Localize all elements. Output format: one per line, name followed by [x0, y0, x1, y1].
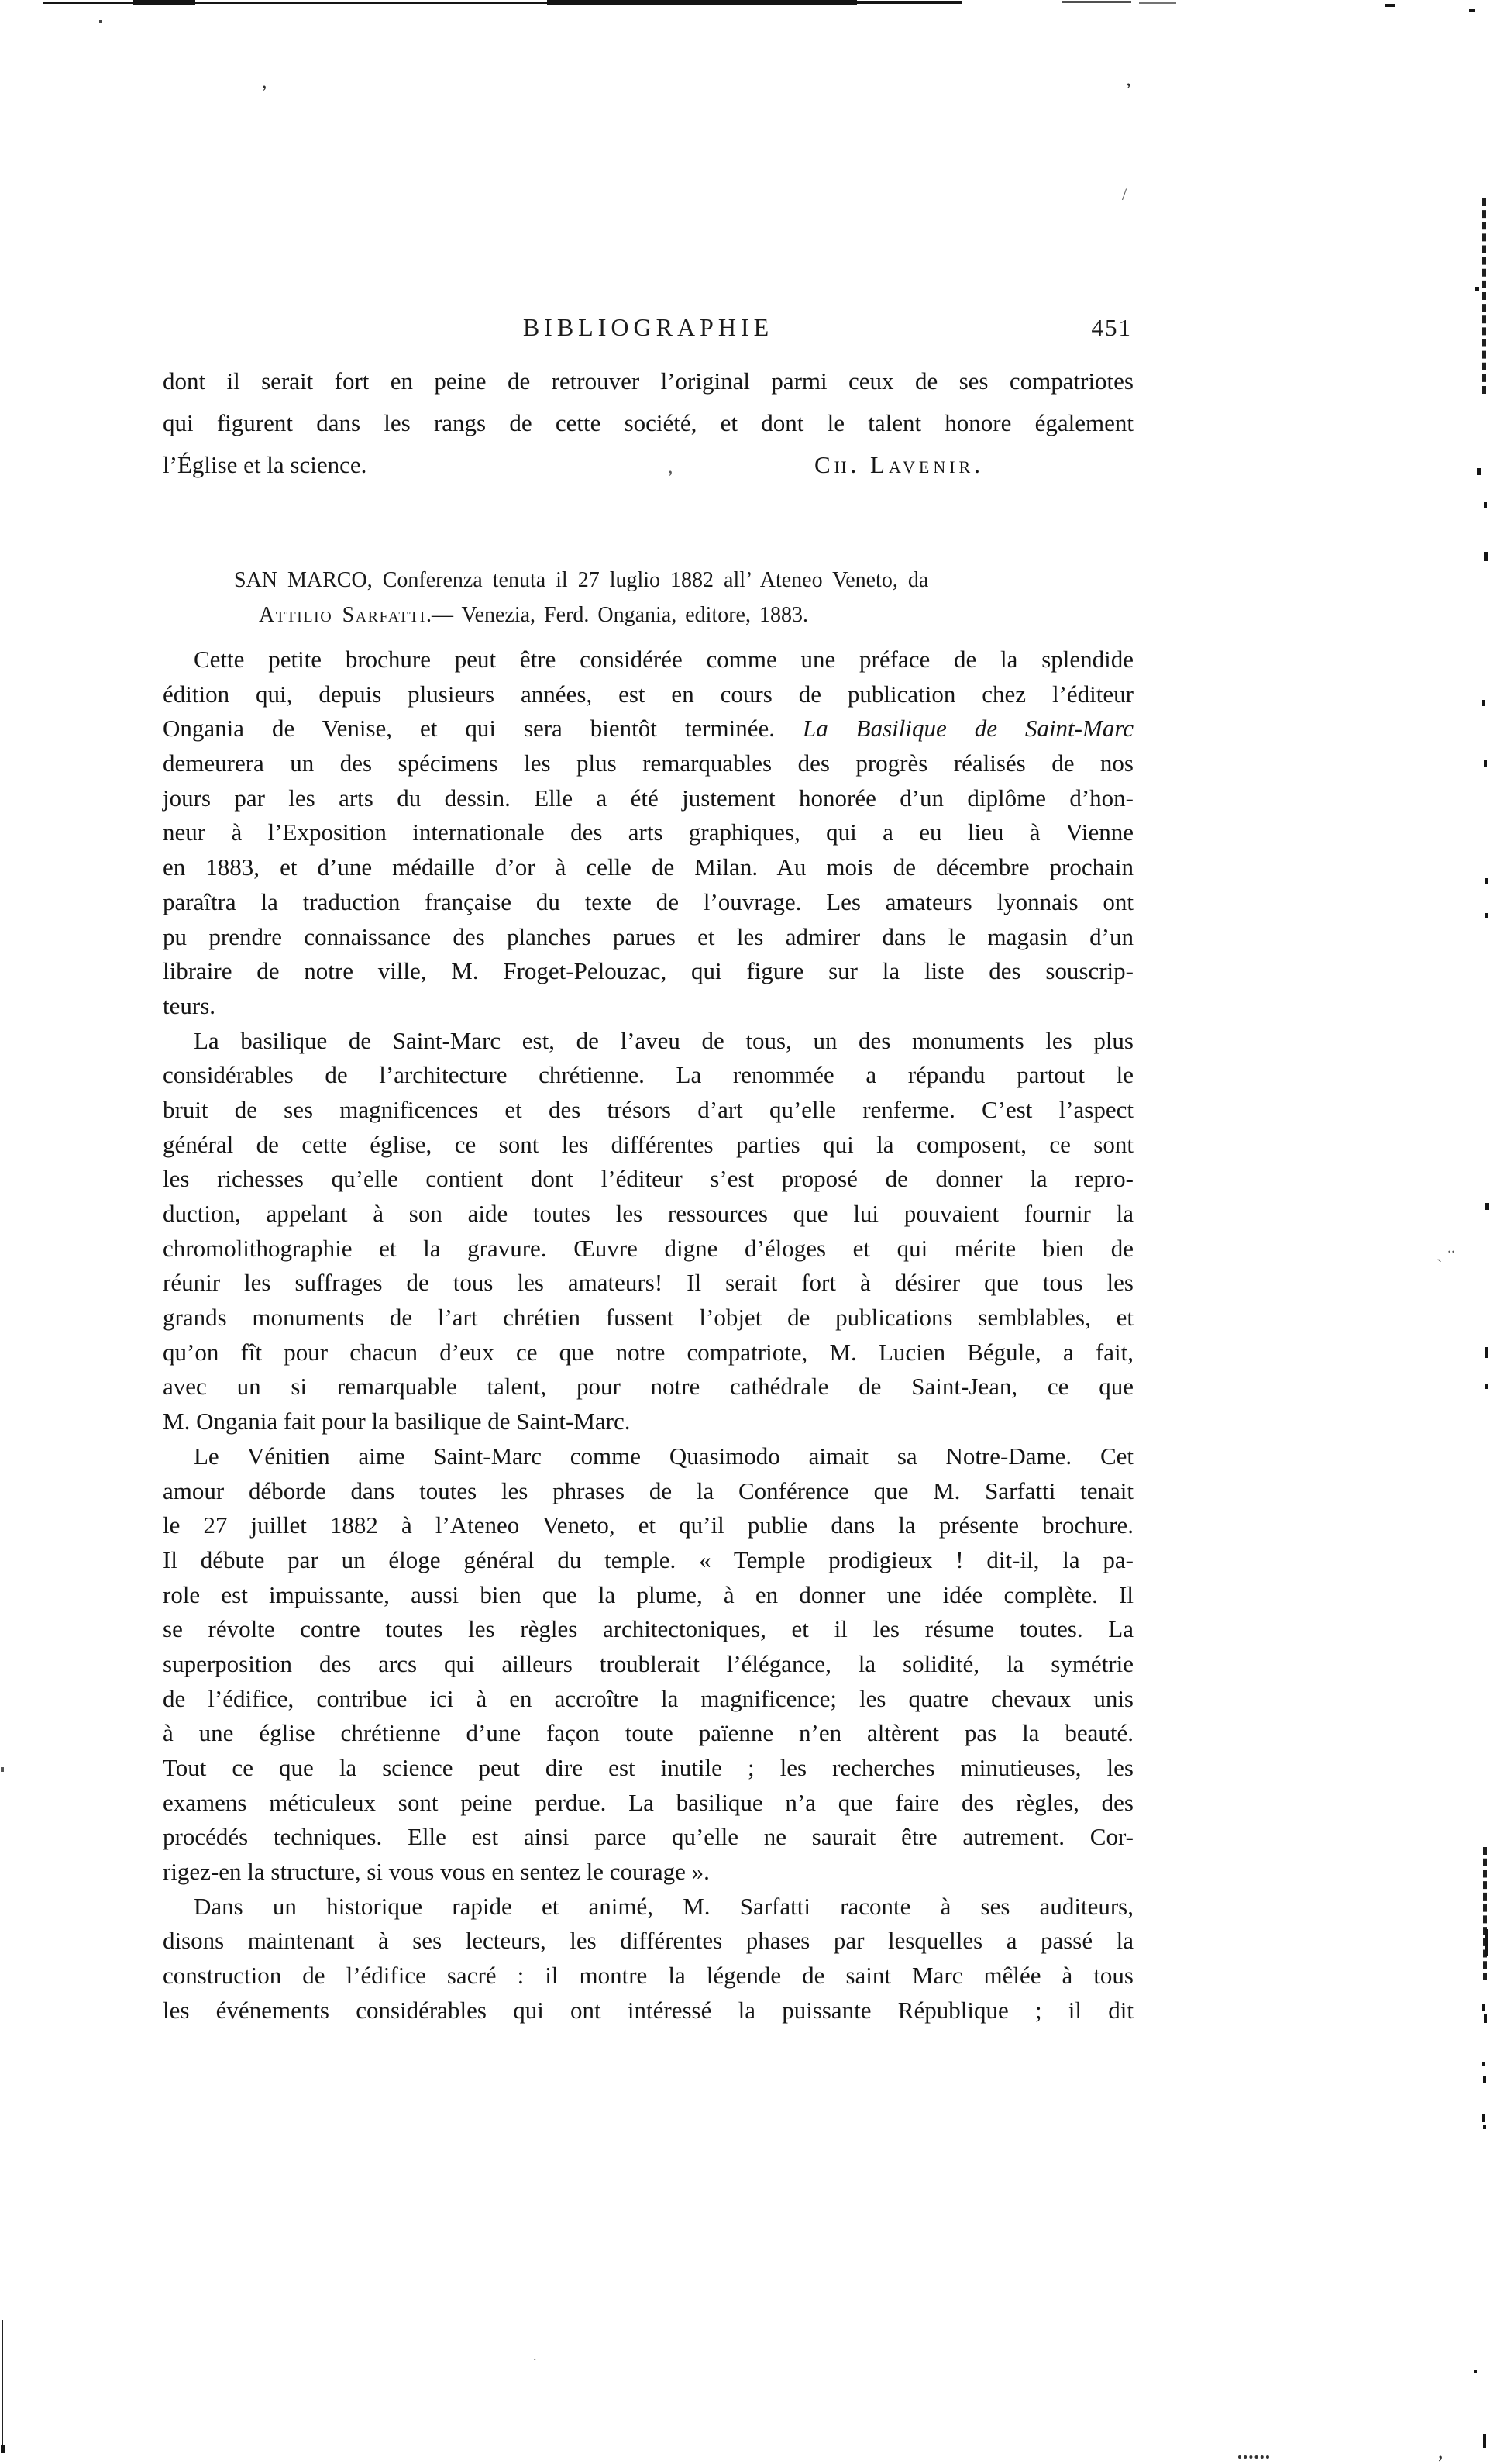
- text-line: libraire de notre ville, M. Froget-Pelou…: [163, 954, 1134, 989]
- body-paragraph: La basilique de Saint-Marc est, de l’ave…: [163, 1024, 1134, 1439]
- scan-artifact-mark: ,: [668, 457, 673, 477]
- text-segment: à une église chrétienne d’une façon tout…: [163, 1719, 1134, 1746]
- scan-artifact-right-edge: [1485, 913, 1488, 918]
- text-line: grands monuments de l’art chrétien fusse…: [163, 1301, 1134, 1335]
- text-line: qu’on fît pour chacun d’eux ce que notre…: [163, 1335, 1134, 1370]
- text-segment: superposition des arcs qui ailleurs trou…: [163, 1650, 1134, 1677]
- scan-artifact-top-edge: [43, 2, 547, 4]
- text-segment: pu prendre connaissance des planches par…: [163, 923, 1134, 950]
- scan-artifact-speck: [1469, 9, 1475, 12]
- scan-artifact-mark: ..: [1447, 1240, 1455, 1256]
- text-segment: les richesses qu’elle contient dont l’éd…: [163, 1165, 1134, 1192]
- scan-artifact-right-edge: [1483, 2125, 1486, 2129]
- scan-artifact-right-edge: [1482, 2004, 1485, 2011]
- text-line: procédés techniques. Elle est ainsi parc…: [163, 1820, 1134, 1855]
- scan-artifact-top-edge: [1062, 1, 1131, 3]
- text-segment: construction de l’édifice sacré : il mon…: [163, 1962, 1134, 1989]
- citation-line-2: Attilio Sarfatti.— Venezia, Ferd. Ongani…: [163, 598, 1134, 632]
- scan-artifact-mark: ,: [262, 71, 267, 91]
- text-segment: grands monuments de l’art chrétien fusse…: [163, 1304, 1134, 1331]
- scan-artifact-right-edge: [1485, 1203, 1489, 1210]
- text-segment: .— Venezia, Ferd. Ongania, editore, 1883…: [426, 603, 808, 627]
- scan-artifact-right-edge: [1485, 1384, 1488, 1389]
- text-line: teurs.: [163, 989, 1134, 1024]
- text-line: Il débute par un éloge général du temple…: [163, 1543, 1134, 1578]
- text-segment: le 27 juillet 1882 à l’Ateneo Veneto, et…: [163, 1511, 1134, 1539]
- text-segment: qui figurent dans les rangs de cette soc…: [163, 409, 1134, 436]
- text-segment: role est impuissante, aussi bien que la …: [163, 1581, 1134, 1608]
- text-segment: les événements considérables qui ont int…: [163, 1997, 1134, 2024]
- scan-artifact-mark: /: [1122, 186, 1127, 203]
- text-segment: amour déborde dans toutes les phrases de…: [163, 1477, 1134, 1504]
- text-line: les richesses qu’elle contient dont l’éd…: [163, 1162, 1134, 1197]
- text-segment: jours par les arts du dessin. Elle a été…: [163, 784, 1134, 812]
- text-segment: Cette petite brochure peut être considér…: [194, 646, 1134, 673]
- text-segment: se révolte contre toutes les règles arch…: [163, 1615, 1134, 1642]
- text-line: construction de l’édifice sacré : il mon…: [163, 1959, 1134, 1994]
- scan-artifact-right-edge: [1484, 760, 1487, 767]
- text-segment: Le Vénitien aime Saint-Marc comme Quasim…: [194, 1442, 1134, 1470]
- text-segment: en 1883, et d’une médaille d’or à celle …: [163, 853, 1134, 880]
- scan-artifact-dots: [1238, 2455, 1269, 2459]
- text-line: se révolte contre toutes les règles arch…: [163, 1612, 1134, 1647]
- scan-artifact-right-edge: [1483, 2076, 1486, 2083]
- text-segment: dont il serait fort en peine de retrouve…: [163, 367, 1134, 395]
- scan-artifact-speck: [1474, 2370, 1477, 2373]
- scanned-page: , ’ / .. ` . , BIBLIOGRAPHIE 451 dont il…: [0, 0, 1490, 2464]
- text-line: chromolithographie et la gravure. Œuvre …: [163, 1232, 1134, 1266]
- text-segment: Ongania de Venise, et qui sera bientôt t…: [163, 715, 803, 742]
- text-segment: paraîtra la traduction française du text…: [163, 888, 1134, 915]
- text-line: Dans un historique rapide et animé, M. S…: [163, 1890, 1134, 1925]
- scan-artifact-right-edge: [1485, 1347, 1488, 1358]
- scan-artifact-left-line: [2, 2320, 3, 2453]
- citation-line-1: SAN MARCO, Conferenza tenuta il 27 lugli…: [163, 563, 1134, 598]
- scan-artifact-speck: [1, 1767, 4, 1772]
- body-paragraph: Cette petite brochure peut être considér…: [163, 643, 1134, 1024]
- scan-artifact-mark: ’: [1125, 81, 1132, 101]
- text-segment: rigez-en la structure, si vous vous en s…: [163, 1858, 710, 1885]
- text-line: qui figurent dans les rangs de cette soc…: [163, 402, 1134, 444]
- text-segment: Dans un historique rapide et animé, M. S…: [194, 1893, 1134, 1920]
- text-line: examens méticuleux sont peine perdue. La…: [163, 1786, 1134, 1821]
- intro-last-text: l’Église et la science.: [163, 451, 366, 478]
- text-segment: chromolithographie et la gravure. Œuvre …: [163, 1235, 1134, 1262]
- scan-artifact-mark: .: [533, 2349, 537, 2362]
- text-line: considérables de l’architecture chrétien…: [163, 1058, 1134, 1093]
- text-line: superposition des arcs qui ailleurs trou…: [163, 1647, 1134, 1682]
- text-segment: libraire de notre ville, M. Froget-Pelou…: [163, 957, 1134, 984]
- page-title: BIBLIOGRAPHIE: [163, 313, 1134, 342]
- citation-block: SAN MARCO, Conferenza tenuta il 27 lugli…: [163, 563, 1134, 632]
- text-segment: examens méticuleux sont peine perdue. La…: [163, 1789, 1134, 1816]
- text-line: Tout ce que la science peut dire est inu…: [163, 1751, 1134, 1786]
- text-line: La basilique de Saint-Marc est, de l’ave…: [163, 1024, 1134, 1059]
- text-segment: procédés techniques. Elle est ainsi parc…: [163, 1823, 1134, 1850]
- text-line: demeurera un des spécimens les plus rema…: [163, 746, 1134, 781]
- scan-artifact-right-edge: [1482, 198, 1486, 394]
- scan-artifact-speck: [1, 2445, 5, 2453]
- scan-artifact-mark: `: [1437, 1257, 1442, 1274]
- text-segment: teurs.: [163, 992, 215, 1019]
- text-line: neur à l’Exposition internationale des a…: [163, 815, 1134, 850]
- text-segment: Tout ce que la science peut dire est inu…: [163, 1754, 1134, 1781]
- text-line: duction, appelant à son aide toutes les …: [163, 1197, 1134, 1232]
- text-segment: demeurera un des spécimens les plus rema…: [163, 750, 1134, 777]
- scan-artifact-right-edge: [1483, 2434, 1486, 2448]
- scan-artifact-right-edge: [1483, 1847, 1487, 1980]
- text-line: l’Église et la science. , Ch. Lavenir.: [163, 444, 1134, 486]
- scan-artifact-right-edge: [1475, 287, 1479, 291]
- text-line: avec un si remarquable talent, pour notr…: [163, 1370, 1134, 1404]
- text-line: général de cette église, ce sont les dif…: [163, 1128, 1134, 1163]
- text-segment: qu’on fît pour chacun d’eux ce que notre…: [163, 1339, 1134, 1366]
- text-line: rigez-en la structure, si vous vous en s…: [163, 1855, 1134, 1890]
- text-line: disons maintenant à ses lecteurs, les di…: [163, 1924, 1134, 1959]
- text-segment: Attilio Sarfatti: [259, 603, 426, 627]
- text-line: Cette petite brochure peut être considér…: [163, 643, 1134, 677]
- page-number: 451: [1092, 314, 1133, 342]
- scan-artifact-top-edge: [547, 0, 857, 5]
- text-line: amour déborde dans toutes les phrases de…: [163, 1474, 1134, 1509]
- text-segment: La basilique de Saint-Marc est, de l’ave…: [194, 1027, 1134, 1054]
- scan-artifact-speck: [1385, 4, 1395, 7]
- text-line: Ongania de Venise, et qui sera bientôt t…: [163, 712, 1134, 746]
- text-segment: réunir les suffrages de tous les amateur…: [163, 1269, 1134, 1296]
- scan-artifact-right-edge: [1482, 700, 1485, 706]
- text-line: role est impuissante, aussi bien que la …: [163, 1578, 1134, 1613]
- text-line: paraîtra la traduction française du text…: [163, 885, 1134, 920]
- body-paragraph: Le Vénitien aime Saint-Marc comme Quasim…: [163, 1439, 1134, 1890]
- scan-artifact-top-edge: [133, 0, 195, 5]
- text-segment: général de cette église, ce sont les dif…: [163, 1131, 1134, 1158]
- body-text: Cette petite brochure peut être considér…: [163, 643, 1134, 2028]
- text-line: jours par les arts du dessin. Elle a été…: [163, 781, 1134, 816]
- text-line: à une église chrétienne d’une façon tout…: [163, 1716, 1134, 1751]
- text-line: bruit de ses magnificences et des trésor…: [163, 1093, 1134, 1128]
- text-line: dont il serait fort en peine de retrouve…: [163, 360, 1134, 402]
- scan-artifact-right-edge: [1484, 2014, 1487, 2023]
- text-line: réunir les suffrages de tous les amateur…: [163, 1266, 1134, 1301]
- scan-artifact-right-edge: [1485, 878, 1488, 884]
- text-line: édition qui, depuis plusieurs années, es…: [163, 677, 1134, 712]
- signature: Ch. Lavenir.: [814, 444, 984, 486]
- scan-artifact-right-edge: [1477, 468, 1481, 475]
- text-line: en 1883, et d’une médaille d’or à celle …: [163, 850, 1134, 885]
- scan-artifact-speck: [99, 20, 102, 23]
- scan-artifact-mark: ,: [1438, 2442, 1444, 2462]
- intro-lines: dont il serait fort en peine de retrouve…: [163, 360, 1134, 444]
- intro-paragraph: dont il serait fort en peine de retrouve…: [163, 360, 1134, 486]
- text-line: les événements considérables qui ont int…: [163, 1994, 1134, 2028]
- text-segment: neur à l’Exposition internationale des a…: [163, 818, 1134, 846]
- text-segment: Il débute par un éloge général du temple…: [163, 1546, 1134, 1573]
- scan-artifact-top-edge: [855, 1, 962, 4]
- text-line: pu prendre connaissance des planches par…: [163, 920, 1134, 955]
- text-segment: duction, appelant à son aide toutes les …: [163, 1200, 1134, 1227]
- text-line: de l’édifice, contribue ici à en accroît…: [163, 1682, 1134, 1717]
- scan-artifact-right-edge: [1484, 552, 1488, 561]
- text-segment: SAN MARCO, Conferenza tenuta il 27 lugli…: [234, 568, 928, 592]
- scan-artifact-right-edge: [1482, 2114, 1485, 2122]
- scan-artifact-right-edge: [1484, 502, 1487, 508]
- scan-artifact-right-edge: [1482, 2062, 1485, 2066]
- text-segment: La Basilique de Saint-Marc: [803, 715, 1134, 742]
- text-segment: M. Ongania fait pour la basilique de Sai…: [163, 1408, 630, 1435]
- text-segment: de l’édifice, contribue ici à en accroît…: [163, 1685, 1134, 1712]
- text-segment: édition qui, depuis plusieurs années, es…: [163, 681, 1134, 708]
- scan-artifact-top-edge: [1139, 2, 1176, 4]
- text-line: M. Ongania fait pour la basilique de Sai…: [163, 1404, 1134, 1439]
- text-segment: disons maintenant à ses lecteurs, les di…: [163, 1927, 1134, 1954]
- scan-artifact-right-edge: [1485, 1929, 1488, 1956]
- text-segment: avec un si remarquable talent, pour notr…: [163, 1373, 1134, 1400]
- text-line: Le Vénitien aime Saint-Marc comme Quasim…: [163, 1439, 1134, 1474]
- text-segment: bruit de ses magnificences et des trésor…: [163, 1096, 1134, 1123]
- text-line: le 27 juillet 1882 à l’Ateneo Veneto, et…: [163, 1508, 1134, 1543]
- page-header: BIBLIOGRAPHIE 451: [163, 313, 1134, 347]
- body-paragraph: Dans un historique rapide et animé, M. S…: [163, 1890, 1134, 2028]
- text-segment: considérables de l’architecture chrétien…: [163, 1061, 1134, 1088]
